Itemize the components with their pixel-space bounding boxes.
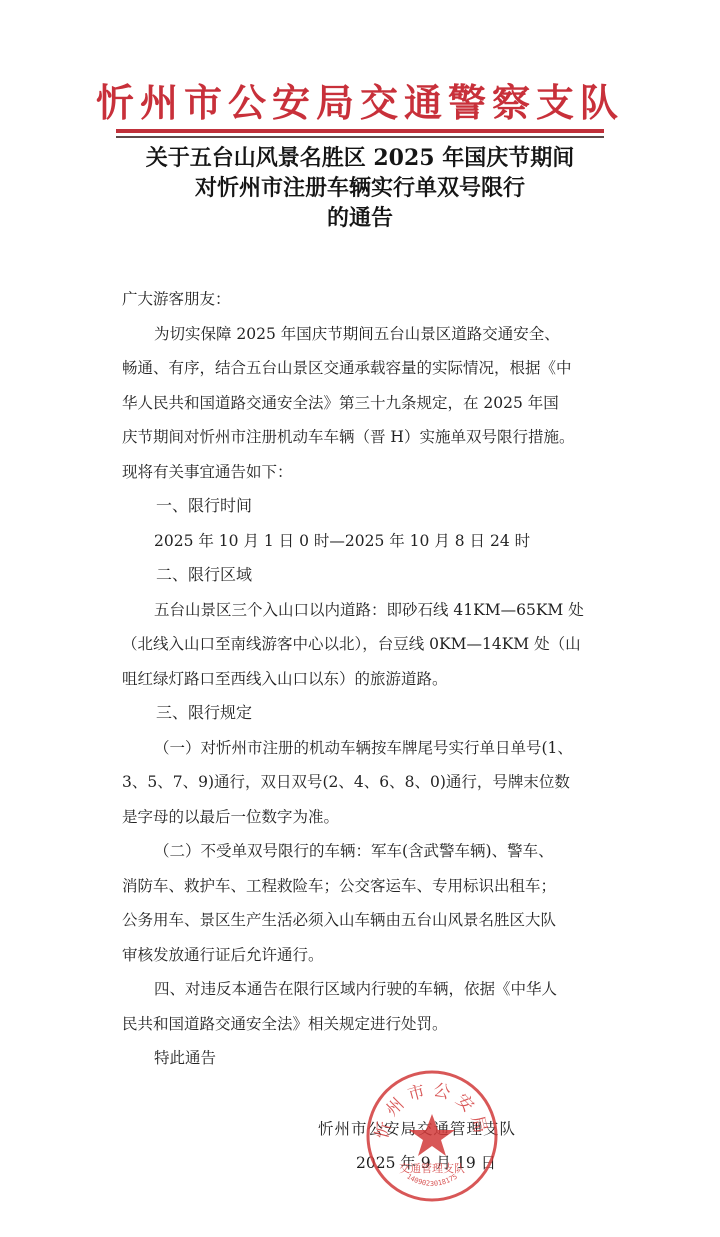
intro-line: 现将有关事宜通告如下：: [122, 455, 602, 490]
seal-serial: 1409023018175: [405, 1172, 459, 1187]
closing: 特此通告: [122, 1041, 602, 1076]
masthead-red-rule: [116, 129, 604, 133]
section-heading-time: 一、限行时间: [122, 489, 602, 524]
svg-text:1409023018175: 1409023018175: [405, 1172, 459, 1187]
intro-line: 畅通、有序，结合五台山景区交通承载容量的实际情况，根据《中: [122, 351, 602, 386]
title-line-1: 关于五台山风景名胜区 2025 年国庆节期间: [0, 143, 720, 173]
rule-item-1: （一）对忻州市注册的机动车辆按车牌尾号实行单日单号(1、: [122, 731, 602, 766]
masthead-black-rule: [116, 136, 604, 138]
notice-body: 广大游客朋友： 为切实保障 2025 年国庆节期间五台山景区道路交通安全、 畅通…: [122, 282, 602, 1076]
section-heading-rules: 三、限行规定: [122, 696, 602, 731]
rule-item-1: 是字母的以最后一位数字为准。: [122, 800, 602, 835]
intro-line: 华人民共和国道路交通安全法》第三十九条规定，在 2025 年国: [122, 386, 602, 421]
intro-line: 庆节期间对忻州市注册机动车车辆（晋 H）实施单双号限行措施。: [122, 420, 602, 455]
issue-date: 2025 年 9 月 19 日: [356, 1151, 496, 1173]
section-penalty: 民共和国道路交通安全法》相关规定进行处罚。: [122, 1007, 602, 1042]
section-penalty: 四、对违反本通告在限行区域内行驶的车辆，依据《中华人: [122, 972, 602, 1007]
org-masthead: 忻州市公安局交通警察支队: [0, 72, 720, 127]
section-heading-area: 二、限行区域: [122, 558, 602, 593]
salutation: 广大游客朋友：: [122, 282, 602, 317]
notice-title: 关于五台山风景名胜区 2025 年国庆节期间 对忻州市注册车辆实行单双号限行 的…: [0, 143, 720, 233]
rule-item-2: 消防车、救护车、工程救险车；公交客运车、专用标识出租车；: [122, 869, 602, 904]
intro-line: 为切实保障 2025 年国庆节期间五台山景区道路交通安全、: [122, 317, 602, 352]
section-time-text: 2025 年 10 月 1 日 0 时—2025 年 10 月 8 日 24 时: [122, 524, 602, 559]
rule-item-2: （二）不受单双号限行的车辆：军车(含武警车辆)、警车、: [122, 834, 602, 869]
rule-item-2: 审核发放通行证后允许通行。: [122, 938, 602, 973]
title-line-3: 的通告: [0, 203, 720, 233]
section-area-text: 五台山景区三个入山口以内道路：即砂石线 41KM—65KM 处: [122, 593, 602, 628]
section-area-text: 咀红绿灯路口至西线入山口以东）的旅游道路。: [122, 662, 602, 697]
rule-item-2: 公务用车、景区生产生活必须入山车辆由五台山风景名胜区大队: [122, 903, 602, 938]
section-area-text: （北线入山口至南线游客中心以北），台豆线 0KM—14KM 处（山: [122, 627, 602, 662]
title-line-2: 对忻州市注册车辆实行单双号限行: [0, 173, 720, 203]
rule-item-1: 3、5、7、9)通行，双日双号(2、4、6、8、0)通行，号牌末位数: [122, 765, 602, 800]
issuer-signature: 忻州市公安局交通管理支队: [318, 1117, 516, 1139]
